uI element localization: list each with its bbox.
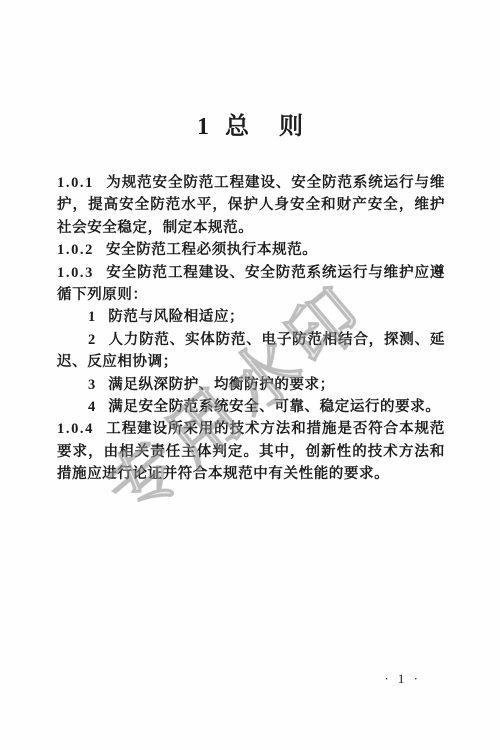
paragraph-text: 工程建设所采用的技术方法和措施是否符合本规范要求，由相关责任主体判定。其中，创新… bbox=[57, 421, 445, 482]
chapter-title-char: 则 bbox=[279, 106, 303, 141]
paragraph-text: 为规范安全防范工程建设、安全防范系统运行与维护，提高安全防范水平，保护人身安全和… bbox=[57, 175, 445, 236]
principle-item-3: 3满足纵深防护、均衡防护的要求； bbox=[57, 374, 445, 396]
chapter-title-char: 总 bbox=[225, 106, 249, 141]
paragraph-number: 4 bbox=[88, 399, 95, 415]
principle-item-4: 4满足安全防范系统安全、可靠、稳定运行的要求。 bbox=[57, 396, 445, 418]
paragraph-text: 安全防范工程建设、安全防范系统运行与维护应遵循下列原则： bbox=[57, 265, 445, 303]
chapter-title: 1 总 则 bbox=[0, 106, 500, 141]
paragraph-text: 满足纵深防护、均衡防护的要求； bbox=[108, 377, 335, 393]
body-text: 1.0.1为规范安全防范工程建设、安全防范系统运行与维护，提高安全防范水平，保护… bbox=[57, 172, 445, 486]
clause-1.0.4: 1.0.4工程建设所采用的技术方法和措施是否符合本规范要求，由相关责任主体判定。… bbox=[57, 418, 445, 485]
paragraph-text: 安全防范工程必须执行本规范。 bbox=[106, 242, 317, 258]
clause-1.0.3: 1.0.3安全防范工程建设、安全防范系统运行与维护应遵循下列原则： bbox=[57, 262, 445, 307]
paragraph-number: 2 bbox=[88, 332, 95, 348]
document-page: 1 总 则 1.0.1为规范安全防范工程建设、安全防范系统运行与维护，提高安全防… bbox=[0, 0, 500, 750]
chapter-number: 1 bbox=[197, 114, 209, 141]
paragraph-text: 人力防范、实体防范、电子防范相结合，探测、延迟、反应相协调； bbox=[57, 332, 445, 370]
clause-1.0.1: 1.0.1为规范安全防范工程建设、安全防范系统运行与维护，提高安全防范水平，保护… bbox=[57, 172, 445, 239]
clause-1.0.2: 1.0.2安全防范工程必须执行本规范。 bbox=[57, 239, 445, 261]
paragraph-number: 1.0.3 bbox=[57, 265, 94, 281]
paragraph-number: 1.0.1 bbox=[57, 175, 94, 191]
paragraph-number: 1.0.2 bbox=[57, 242, 94, 258]
paragraph-number: 3 bbox=[88, 377, 95, 393]
page-number: · 1 · bbox=[384, 671, 421, 687]
principle-item-2: 2人力防范、实体防范、电子防范相结合，探测、延迟、反应相协调； bbox=[57, 329, 445, 374]
principle-item-1: 1防范与风险相适应； bbox=[57, 306, 445, 328]
paragraph-text: 满足安全防范系统安全、可靠、稳定运行的要求。 bbox=[108, 399, 440, 415]
paragraph-number: 1 bbox=[88, 309, 95, 325]
paragraph-number: 1.0.4 bbox=[57, 421, 94, 437]
paragraph-text: 防范与风险相适应； bbox=[108, 309, 244, 325]
